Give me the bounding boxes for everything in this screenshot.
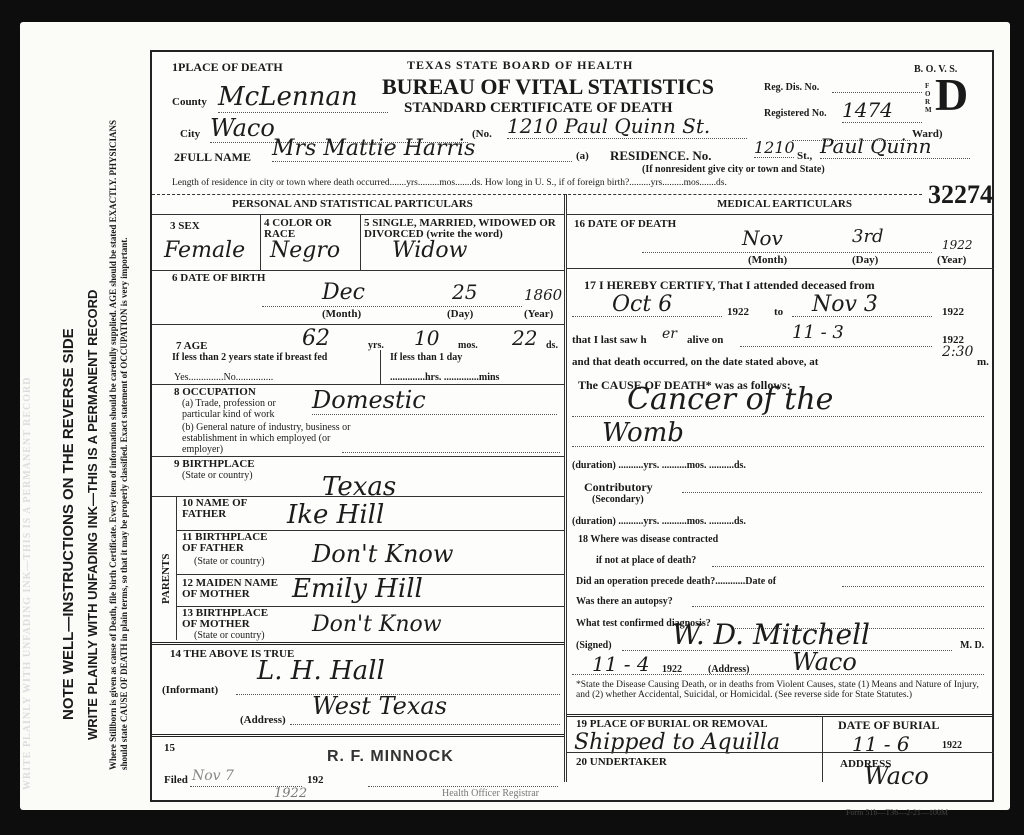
certify-label: 17 I HEREBY CERTIFY, That I attended dec…	[584, 278, 875, 293]
dob-year[interactable]: 1860	[524, 286, 562, 304]
month-label: (Month)	[322, 308, 361, 320]
physician-address[interactable]: Waco	[792, 648, 857, 676]
operation-date-field[interactable]	[842, 586, 984, 587]
attended-from-year[interactable]: 1922	[727, 306, 749, 318]
burial-date-label: DATE OF BURIAL	[838, 718, 939, 733]
mother-field[interactable]: Emily Hill	[292, 574, 423, 604]
death-time-m: m.	[977, 356, 989, 368]
md-label: M. D.	[960, 640, 984, 651]
contracted-label: 18 Where was disease contracted	[578, 534, 718, 545]
attended-to-year[interactable]: 1922	[942, 306, 964, 318]
reg-dis-label: Reg. Dis. No.	[764, 82, 819, 93]
agency-title: TEXAS STATE BOARD OF HEALTH	[407, 58, 633, 73]
dob-day[interactable]: 25	[452, 280, 477, 304]
informant-address[interactable]: West Texas	[312, 692, 447, 720]
marital-field[interactable]: Widow	[392, 238, 467, 263]
race-label: 4 COLOR OR RACE	[264, 218, 354, 240]
county-field[interactable]: McLennan	[218, 82, 388, 113]
informant-sub: (Informant)	[162, 684, 218, 696]
occupation-b-label: (b) General nature of industry, business…	[182, 422, 352, 455]
city-label: City	[180, 128, 200, 140]
address-label: (Address)	[240, 714, 286, 726]
father-birthplace-label: 11 BIRTHPLACE OF FATHER	[182, 532, 282, 554]
parents-label: PARENTS	[160, 553, 172, 604]
to-label: to	[774, 306, 783, 318]
registered-number[interactable]: 1474	[842, 98, 922, 123]
edge-text: WRITE PLAINLY WITH UNFADING INK—THIS IS …	[22, 377, 33, 790]
registered-label: Registered No.	[764, 108, 827, 119]
write-plainly-heading: WRITE PLAINLY WITH UNFADING INK—THIS IS …	[85, 290, 100, 740]
marital-label: 5 SINGLE, MARRIED, WIDOWED OR DIVORCED (…	[364, 218, 564, 240]
undertaker-address[interactable]: Waco	[864, 762, 929, 790]
nonresident-note: (If nonresident give city or town and St…	[642, 164, 825, 175]
place-of-death-label: 1PLACE OF DEATH	[172, 60, 283, 75]
full-name-label: 2FULL NAME	[174, 150, 251, 165]
age-label: 7 AGE	[176, 340, 207, 352]
filed-date[interactable]: Nov 7	[192, 768, 234, 784]
birthplace-label: 9 BIRTHPLACE	[174, 458, 255, 470]
undertaker-label: 20 UNDERTAKER	[576, 756, 667, 768]
day-label: (Day)	[447, 308, 473, 320]
note-well-heading: NOTE WELL—INSTRUCTIONS ON THE REVERSE SI…	[60, 328, 77, 720]
death-month-label: (Month)	[748, 254, 787, 266]
father-label: 10 NAME OF FATHER	[182, 498, 272, 520]
certificate-form: 1PLACE OF DEATH TEXAS STATE BOARD OF HEA…	[150, 50, 994, 802]
age-days[interactable]: 22	[512, 326, 537, 350]
autopsy-question: Was there an autopsy?	[576, 596, 673, 607]
date-of-death-label: 16 DATE OF DEATH	[574, 218, 676, 230]
yes-no-field[interactable]: Yes..............No...............	[174, 372, 273, 383]
father-birthplace-field[interactable]: Don't Know	[312, 540, 453, 568]
form-label: FORM	[925, 82, 933, 114]
informant-field[interactable]: L. H. Hall	[257, 656, 385, 686]
birthplace-sub: (State or country)	[182, 470, 253, 481]
occupation-a-label: (a) Trade, profession or particular kind…	[182, 398, 312, 420]
age-yrs-label: yrs.	[368, 340, 384, 351]
death-day-label: (Day)	[852, 254, 878, 266]
filed-year-stamp: 1922	[274, 786, 307, 801]
death-day[interactable]: 3rd	[852, 226, 884, 247]
instructions-text: Where Stillborn is given as cause of Dea…	[108, 110, 130, 770]
contributory-field[interactable]	[682, 492, 982, 493]
residence-label: RESIDENCE. No.	[610, 148, 712, 164]
father-birthplace-sub: (State or country)	[194, 556, 265, 567]
duration-line-2[interactable]: (duration) ..........yrs. ..........mos.…	[572, 516, 746, 527]
age-years[interactable]: 62	[302, 326, 330, 351]
full-name-field[interactable]: Mrs Mattie Harris	[272, 136, 572, 162]
personal-section-title: PERSONAL AND STATISTICAL PARTICULARS	[232, 198, 473, 210]
last-saw-pronoun[interactable]: er	[662, 326, 677, 342]
sex-field[interactable]: Female	[164, 238, 245, 263]
age-ds-label: ds.	[546, 340, 558, 351]
sex-label: 3 SEX	[170, 220, 200, 232]
autopsy-field[interactable]	[692, 606, 984, 607]
cause-line-2[interactable]: Womb	[602, 418, 684, 448]
death-time[interactable]: 2:30	[942, 344, 973, 360]
age-mos-label: mos.	[458, 340, 478, 351]
father-field[interactable]: Ike Hill	[287, 500, 384, 530]
duration-line-1[interactable]: (duration) ..........yrs. ..........mos.…	[572, 460, 746, 471]
form-letter: D	[935, 72, 968, 118]
cause-line-1[interactable]: Cancer of the	[627, 382, 833, 417]
residence-street[interactable]: Paul Quinn	[820, 134, 970, 159]
last-saw-date[interactable]: 11 - 3	[792, 322, 844, 343]
registrar-title: Health Officer Registrar	[442, 788, 539, 799]
certificate-number: 32274	[928, 180, 993, 210]
death-year-label: (Year)	[937, 254, 966, 266]
age-months[interactable]: 10	[414, 326, 439, 350]
registrar-stamp: R. F. MINNOCK	[327, 748, 454, 766]
year-label: (Year)	[524, 308, 553, 320]
signed-label: (Signed)	[576, 640, 612, 651]
medical-section-title: MEDICAL EARTICULARS	[717, 198, 852, 210]
less-day-label: If less than 1 day	[390, 352, 462, 363]
burial-label: 19 PLACE OF BURIAL OR REMOVAL	[576, 718, 768, 730]
residence-number[interactable]: 1210	[754, 138, 794, 158]
contracted-question: if not at place of death?	[596, 555, 696, 566]
filed-year-label: 192	[307, 774, 324, 786]
county-label: County	[172, 96, 207, 108]
physician-signature[interactable]: W. D. Mitchell	[672, 618, 870, 651]
attended-from[interactable]: Oct 6	[612, 292, 672, 317]
mother-birthplace-sub: (State or country)	[194, 630, 265, 641]
contracted-field[interactable]	[712, 566, 984, 567]
breast-fed-label: If less than 2 years state if breast fed	[172, 352, 327, 363]
bureau-title: BUREAU OF VITAL STATISTICS	[382, 74, 714, 100]
dob-label: 6 DATE OF BIRTH	[172, 272, 265, 284]
attended-to[interactable]: Nov 3	[812, 292, 878, 317]
reg-dis-field[interactable]	[832, 92, 922, 93]
contributory-label: Contributory	[584, 480, 653, 495]
mother-birthplace-field[interactable]: Don't Know	[312, 612, 442, 637]
length-residence-line: Length of residence in city or town wher…	[172, 178, 727, 188]
signed-date[interactable]: 11 - 4	[592, 652, 650, 676]
occupation-label: 8 OCCUPATION	[174, 386, 256, 398]
residence-st-label: St.,	[797, 150, 812, 162]
death-time-label: and that death occurred, on the date sta…	[572, 356, 818, 368]
mother-birthplace-label: 13 BIRTHPLACE OF MOTHER	[182, 608, 282, 630]
last-saw-label: that I last saw h	[572, 334, 647, 346]
birthplace-field[interactable]: Texas	[322, 472, 396, 502]
race-field[interactable]: Negro	[270, 238, 340, 263]
alive-on-label: alive on	[687, 334, 723, 346]
name-suffix: (a)	[576, 150, 589, 162]
secondary-label: (Secondary)	[592, 494, 644, 505]
burial-year[interactable]: 1922	[942, 740, 962, 751]
operation-question: Did an operation precede death?.........…	[576, 576, 776, 587]
dob-month[interactable]: Dec	[322, 280, 365, 305]
occupation-field[interactable]: Domestic	[312, 386, 557, 415]
death-month[interactable]: Nov	[742, 226, 783, 250]
death-year[interactable]: 1922	[942, 238, 973, 252]
mother-label: 12 MAIDEN NAME OF MOTHER	[182, 578, 292, 600]
industry-field[interactable]	[342, 452, 560, 453]
filed-label: Filed	[164, 774, 188, 786]
cause-footnote: *State the Disease Causing Death, or in …	[576, 680, 984, 700]
form-code: Form 51b—T36—2-21—100M	[846, 808, 948, 817]
filed-num: 15	[164, 742, 175, 754]
hrs-mins-field[interactable]: ..............hrs. ..............mins	[390, 372, 499, 383]
